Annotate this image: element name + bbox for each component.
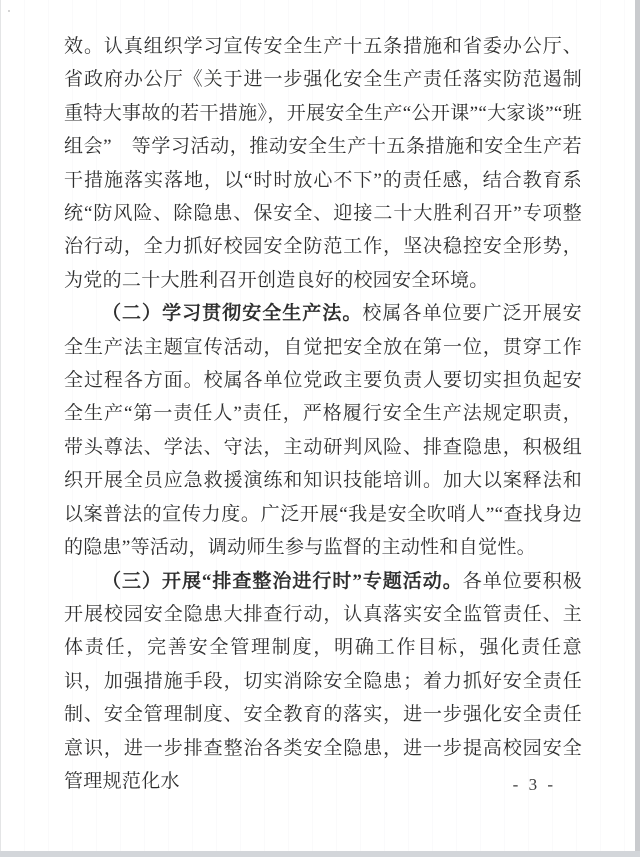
- paragraph-continuation: 效。认真组织学习宣传安全生产十五条措施和省委办公厅、省政府办公厅《关于进一步强化…: [64, 30, 582, 297]
- scan-speck-artifact: [8, 10, 10, 12]
- paragraph-lead-bold: （三）开展“排查整治进行时”专题活动。: [102, 571, 463, 592]
- paragraph-text: 效。认真组织学习宣传安全生产十五条措施和省委办公厅、省政府办公厅《关于进一步强化…: [64, 36, 582, 291]
- scan-edge-bottom: [0, 851, 640, 857]
- paragraph-section-3: （三）开展“排查整治进行时”专题活动。各单位要积极开展校园安全隐患大排查行动，认…: [64, 565, 582, 799]
- paragraph-section-2: （二）学习贯彻安全生产法。校属各单位要广泛开展安全生产法主题宣传活动，自觉把安全…: [64, 297, 582, 564]
- scanned-document-page: 效。认真组织学习宣传安全生产十五条措施和省委办公厅、省政府办公厅《关于进一步强化…: [0, 0, 640, 857]
- document-body: 效。认真组织学习宣传安全生产十五条措施和省委办公厅、省政府办公厅《关于进一步强化…: [64, 30, 582, 798]
- paragraph-lead-bold: （二）学习贯彻安全生产法。: [102, 303, 362, 324]
- page-number: - 3 -: [513, 775, 556, 795]
- scan-edge-left: [0, 0, 1, 857]
- paragraph-text: 各单位要积极开展校园安全隐患大排查行动，认真落实安全监管责任、主体责任，完善安全…: [64, 571, 582, 792]
- paragraph-text: 校属各单位要广泛开展安全生产法主题宣传活动，自觉把安全放在第一位，贯穿工作全过程…: [64, 303, 582, 558]
- scan-edge-right: [635, 0, 640, 857]
